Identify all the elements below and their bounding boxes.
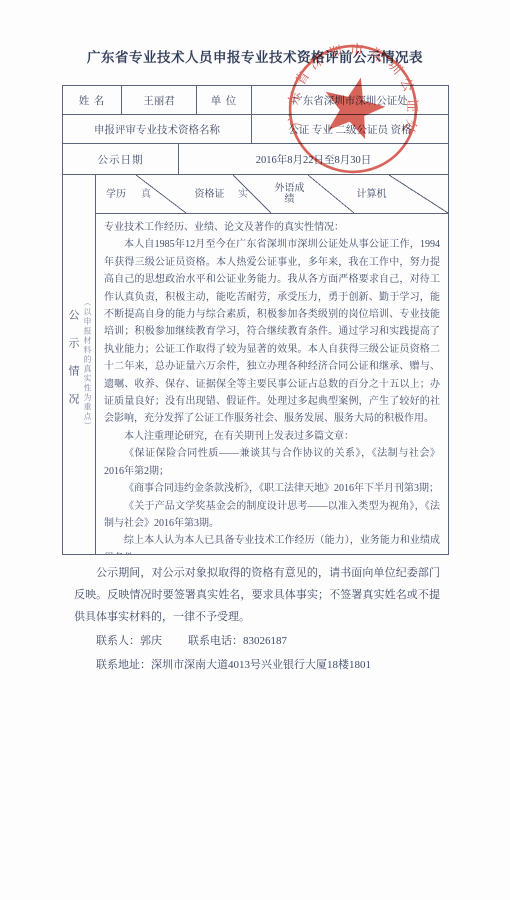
content-heading: 专业技术工作经历、业绩、论文及著作的真实性情况： [104,219,440,236]
certificate-value: 实 [235,189,248,200]
table-row: 姓 名 王丽君 单 位 广东省深圳市深圳公证处 [63,86,448,114]
publicity-situation-header: 公示情况 （以申报材料的真实性为重点） [63,175,96,554]
contact-line: 联系人：郭庆联系电话：83026187 [74,631,440,652]
contact-address: 深圳市深南大道4013号兴业银行大厦18楼1801 [151,659,371,671]
contact-phone-label: 联系电话： [188,635,243,647]
contact-person: 郭庆 [140,635,162,647]
education-label: 学历 [96,175,136,213]
name-label: 姓 名 [63,86,121,114]
qualification-name-label: 申报评审专业技术资格名称 [63,115,251,143]
table-row: 申报评审专业技术资格名称 公证 专业 二级公证员 资格 [63,114,448,143]
foreign-language-label: 外语成绩 [271,175,308,213]
unit-label: 单 位 [196,86,251,114]
table-row: 公示日期 2016年8月22日至8月30日 [63,143,448,174]
footer-section: 公示期间，对公示对象拟取得的资格有意见的，请书面向单位纪委部门反映。反映情况时要… [74,562,440,676]
publication-item: 《保证保险合同性质——兼谈其与合作协议的关系》，《法制与社会》2016年第2期； [104,445,440,480]
education-value: 真 [138,189,151,200]
publicity-date-label: 公示日期 [63,144,178,174]
education-value-cell: 真 [136,175,186,213]
content-paragraph: 本人注重理论研究，在有关期刊上发表过多篇文章： [104,428,440,445]
publicity-date-value: 2016年8月22日至8月30日 [178,144,448,174]
foreign-language-value-cell [308,175,354,213]
content-paragraph: 综上本人认为本人已具备专业技术工作经历（能力），业务能力和业绩成果条件。 [104,532,440,554]
certificate-label: 资格证 [186,175,233,213]
table-lower-section: 公示情况 （以申报材料的真实性为重点） 学历 真 资格证 实 外语成绩 计算机 … [63,174,448,554]
contact-person-label: 联系人： [96,635,140,647]
publication-item: 《关于产品文学奖基金会的制度设计思考——以准入类型为视角》，《法制与社会》201… [104,498,440,533]
publicity-form-table: 姓 名 王丽君 单 位 广东省深圳市深圳公证处 申报评审专业技术资格名称 公证 … [62,85,449,555]
publicity-situation-note: （以申报材料的真实性为重点） [82,298,93,431]
name-value: 王丽君 [121,86,196,114]
contact-phone: 83026187 [243,635,287,647]
unit-value: 广东省深圳市深圳公证处 [251,86,448,114]
feedback-instructions: 公示期间，对公示对象拟取得的资格有意见的，请书面向单位纪委部门反映。反映情况时要… [74,562,440,628]
table-row: 学历 真 资格证 实 外语成绩 计算机 [96,175,448,213]
contact-address-label: 联系地址： [96,659,151,671]
content-paragraph: 本人自1985年12月至今在广东省深圳市深圳公证处从事公证工作，1994年获得三… [104,236,440,427]
publicity-situation-label: 公示情况 [65,309,81,421]
table-right-section: 学历 真 资格证 实 外语成绩 计算机 专业技术工作经历、业绩、论文及著作的真实… [96,175,448,554]
scanned-document-page: 广东省专业技术人员申报专业技术资格评前公示情况表 姓 名 王丽君 单 位 广东省… [0,0,510,900]
publicity-content-cell: 专业技术工作经历、业绩、论文及著作的真实性情况： 本人自1985年12月至今在广… [96,213,448,554]
computer-label: 计算机 [354,175,389,213]
publication-item: 《商事合同违约金条款浅析》，《职工法律天地》2016年下半月刊第3期； [104,480,440,497]
contact-address-line: 联系地址：深圳市深南大道4013号兴业银行大厦18楼1801 [74,655,440,676]
certificate-value-cell: 实 [233,175,271,213]
qualification-name-value: 公证 专业 二级公证员 资格 [251,115,448,143]
computer-value-cell [389,175,448,213]
page-title: 广东省专业技术人员申报专业技术资格评前公示情况表 [0,46,510,66]
